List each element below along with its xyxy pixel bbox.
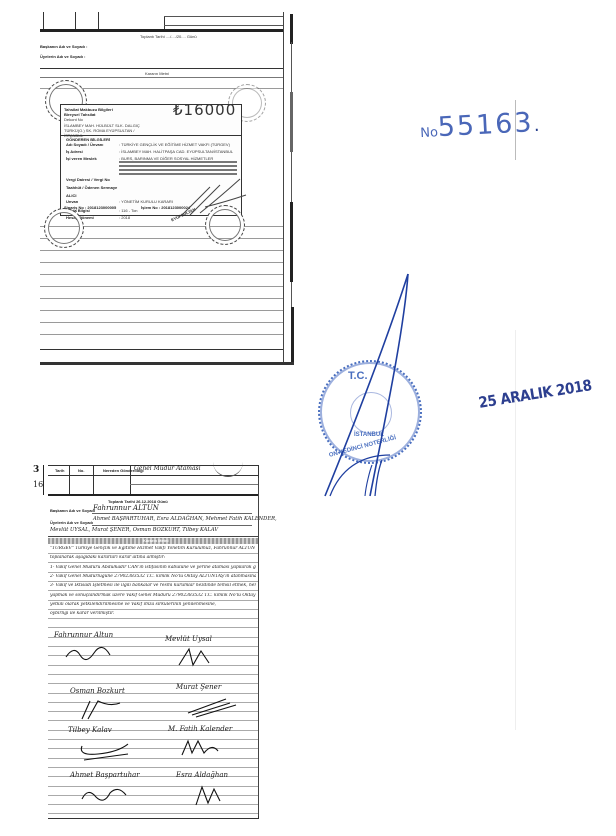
doc-number-prefix: No <box>420 125 438 141</box>
signatory-name: Murat Şener <box>176 683 221 691</box>
receipt-field-label: ALICI <box>66 193 76 198</box>
decision-header: Kararın Metni <box>145 71 169 76</box>
receipt-field-label: Vergi Dairesi / Vergi No <box>66 177 110 182</box>
signature-mark <box>178 735 238 761</box>
signature-mark <box>175 645 235 671</box>
signatory-name: Esra Aldağhan <box>176 771 228 779</box>
receipt-field-value: : 2018 <box>119 215 130 220</box>
signatory-name: M. Fatih Kalender <box>168 725 232 733</box>
page-bottom-edge <box>40 362 294 365</box>
notary-signature-stroke <box>300 270 420 500</box>
signature-scribble-top <box>180 177 250 217</box>
date-stamp: 25 ARALIK 2018 <box>477 376 593 412</box>
signatory-name: Tilbey Kalav <box>68 726 112 734</box>
official-seal-bottom-left <box>44 208 84 248</box>
receipt-field-value: : 116 - Ton <box>119 208 138 213</box>
signature-mark <box>186 781 246 807</box>
page-right-edge <box>258 478 259 816</box>
doc-number-suffix: . <box>533 115 540 136</box>
scan-edge-artifact <box>290 92 293 152</box>
scan-edge-artifact <box>290 14 293 44</box>
signatory-name: Mevlüt Uysal <box>165 635 212 643</box>
signature-mark <box>78 736 138 762</box>
left-border-mark <box>43 465 44 495</box>
members-label: Üyelerin Adı ve Soyadı : <box>40 54 85 59</box>
signatory-name: Ahmet Başpartuhar <box>70 771 140 779</box>
signature-mark <box>64 641 124 667</box>
receipt-field-label: Unvan <box>66 199 78 204</box>
signatory-name: Fahrunnur Altun <box>54 631 113 639</box>
signatory-name: Osman Bozkurt <box>70 687 125 695</box>
receipt-amount: ₺16000 <box>173 101 236 119</box>
scan-edge-artifact <box>290 202 293 282</box>
receipt-field-label: İş Adresi <box>66 149 83 154</box>
receipt-field-value: : YÖNETİM KURULU KARARI <box>119 199 173 204</box>
receipt-header-3: Dekont No <box>64 117 83 122</box>
page-mark: 3 16 <box>33 465 43 489</box>
signature-mark <box>80 697 140 723</box>
top-header-table <box>40 12 283 29</box>
receipt-field-label: Adı Soyadı / Ünvanı <box>66 142 103 147</box>
receipt-field-label: Taahhüt / Ödenen Sermaye <box>66 185 117 190</box>
scan-edge-artifact <box>291 307 294 362</box>
chair-label: Başkanın Adı ve Soyadı : <box>40 44 87 49</box>
meeting-date-label: Toplantı Tarihi ..../..../20.... Günü <box>140 34 197 39</box>
fold-line <box>515 100 516 160</box>
signature-block: Fahrunnur AltunMevlüt UysalOsman Bozkurt… <box>48 631 258 811</box>
signature-mark <box>80 781 140 807</box>
scan-edge-line <box>291 42 292 342</box>
doc-number-digits: 55163 <box>437 107 534 143</box>
receipt-field-value: : İSLAMBEY MAH. HALİTPAŞA CAD. EYÜPSULTA… <box>119 149 233 154</box>
document-number-stamp: No55163. <box>419 107 540 144</box>
top-document-page: Toplantı Tarihi ..../..../20.... Günü Ba… <box>40 12 284 364</box>
bottom-document-page: Tarih No. Nereden Gönderildiği Genel Müd… <box>48 465 259 819</box>
receipt-field-label: İşi veren Meslek <box>66 156 97 161</box>
receipt-field-value: : TÜRKİYE GENÇLİK VE EĞİTİME HİZMET VAKF… <box>119 142 230 147</box>
signature-mark <box>186 693 246 719</box>
